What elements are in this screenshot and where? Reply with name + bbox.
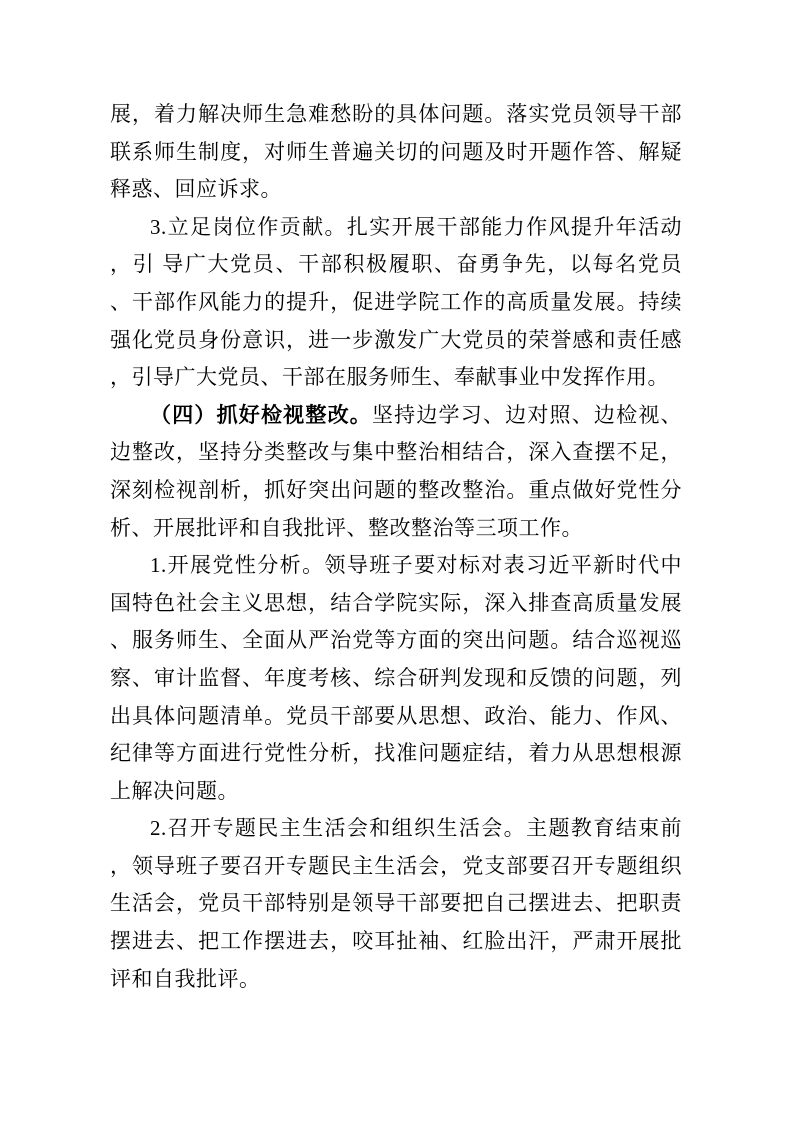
text-line: 边整改，坚持分类整改与集中整治相结合，深入查摆不足，	[110, 434, 682, 472]
text-line: 析、开展批评和自我批评、整改整治等三项工作。	[110, 510, 682, 548]
paragraph: （四）抓好检视整改。坚持边学习、边对照、边检视、边整改，坚持分类整改与集中整治相…	[110, 397, 682, 547]
text-line: 评和自我批评。	[110, 961, 682, 999]
text-line: 、服务师生、全面从严治党等方面的突出问题。结合巡视巡	[110, 622, 682, 660]
text-line: 国特色社会主义思想，结合学院实际，深入排查高质量发展	[110, 585, 682, 623]
text-line: 摆进去、把工作摆进去，咬耳扯袖、红脸出汗，严肃开展批	[110, 923, 682, 961]
text-line: （四）抓好检视整改。坚持边学习、边对照、边检视、	[110, 397, 682, 435]
text-line: 展，着力解决师生急难愁盼的具体问题。落实党员领导干部	[110, 96, 682, 134]
paragraph: 1.开展党性分析。领导班子要对标对表习近平新时代中国特色社会主义思想，结合学院实…	[110, 547, 682, 810]
paragraph: 2.召开专题民主生活会和组织生活会。主题教育结束前，领导班子要召开专题民主生活会…	[110, 810, 682, 998]
text-line: 2.召开专题民主生活会和组织生活会。主题教育结束前	[110, 810, 682, 848]
text-line: 联系师生制度，对师生普遍关切的问题及时开题作答、解疑	[110, 134, 682, 172]
text-line: 1.开展党性分析。领导班子要对标对表习近平新时代中	[110, 547, 682, 585]
text-line: 释惑、回应诉求。	[110, 171, 682, 209]
section-heading-bold: （四）抓好检视整改。	[150, 403, 372, 427]
text-line: ，引 导广大党员、干部积极履职、奋勇争先，以每名党员	[110, 246, 682, 284]
text-line: 纪律等方面进行党性分析，找准问题症结，着力从思想根源	[110, 735, 682, 773]
text-line: ，引导广大党员、干部在服务师生、奉献事业中发挥作用。	[110, 359, 682, 397]
text-line: 强化党员身份意识，进一步激发广大党员的荣誉感和责任感	[110, 322, 682, 360]
paragraph: 展，着力解决师生急难愁盼的具体问题。落实党员领导干部联系师生制度，对师生普遍关切…	[110, 96, 682, 209]
text-line: 上解决问题。	[110, 773, 682, 811]
text-line: ，领导班子要召开专题民主生活会，党支部要召开专题组织	[110, 848, 682, 886]
text-line: 生活会，党员干部特别是领导干部要把自己摆进去、把职责	[110, 885, 682, 923]
document-page: 展，着力解决师生急难愁盼的具体问题。落实党员领导干部联系师生制度，对师生普遍关切…	[0, 0, 793, 1122]
text-run: 坚持边学习、边对照、边检视、	[372, 403, 682, 427]
text-line: 出具体问题清单。党员干部要从思想、政治、能力、作风、	[110, 698, 682, 736]
text-line: 察、审计监督、年度考核、综合研判发现和反馈的问题，列	[110, 660, 682, 698]
text-line: 、干部作风能力的提升，促进学院工作的高质量发展。持续	[110, 284, 682, 322]
text-line: 3.立足岗位作贡献。扎实开展干部能力作风提升年活动	[110, 209, 682, 247]
document-body: 展，着力解决师生急难愁盼的具体问题。落实党员领导干部联系师生制度，对师生普遍关切…	[110, 96, 682, 998]
text-line: 深刻检视剖析，抓好突出问题的整改整治。重点做好党性分	[110, 472, 682, 510]
paragraph: 3.立足岗位作贡献。扎实开展干部能力作风提升年活动，引 导广大党员、干部积极履职…	[110, 209, 682, 397]
